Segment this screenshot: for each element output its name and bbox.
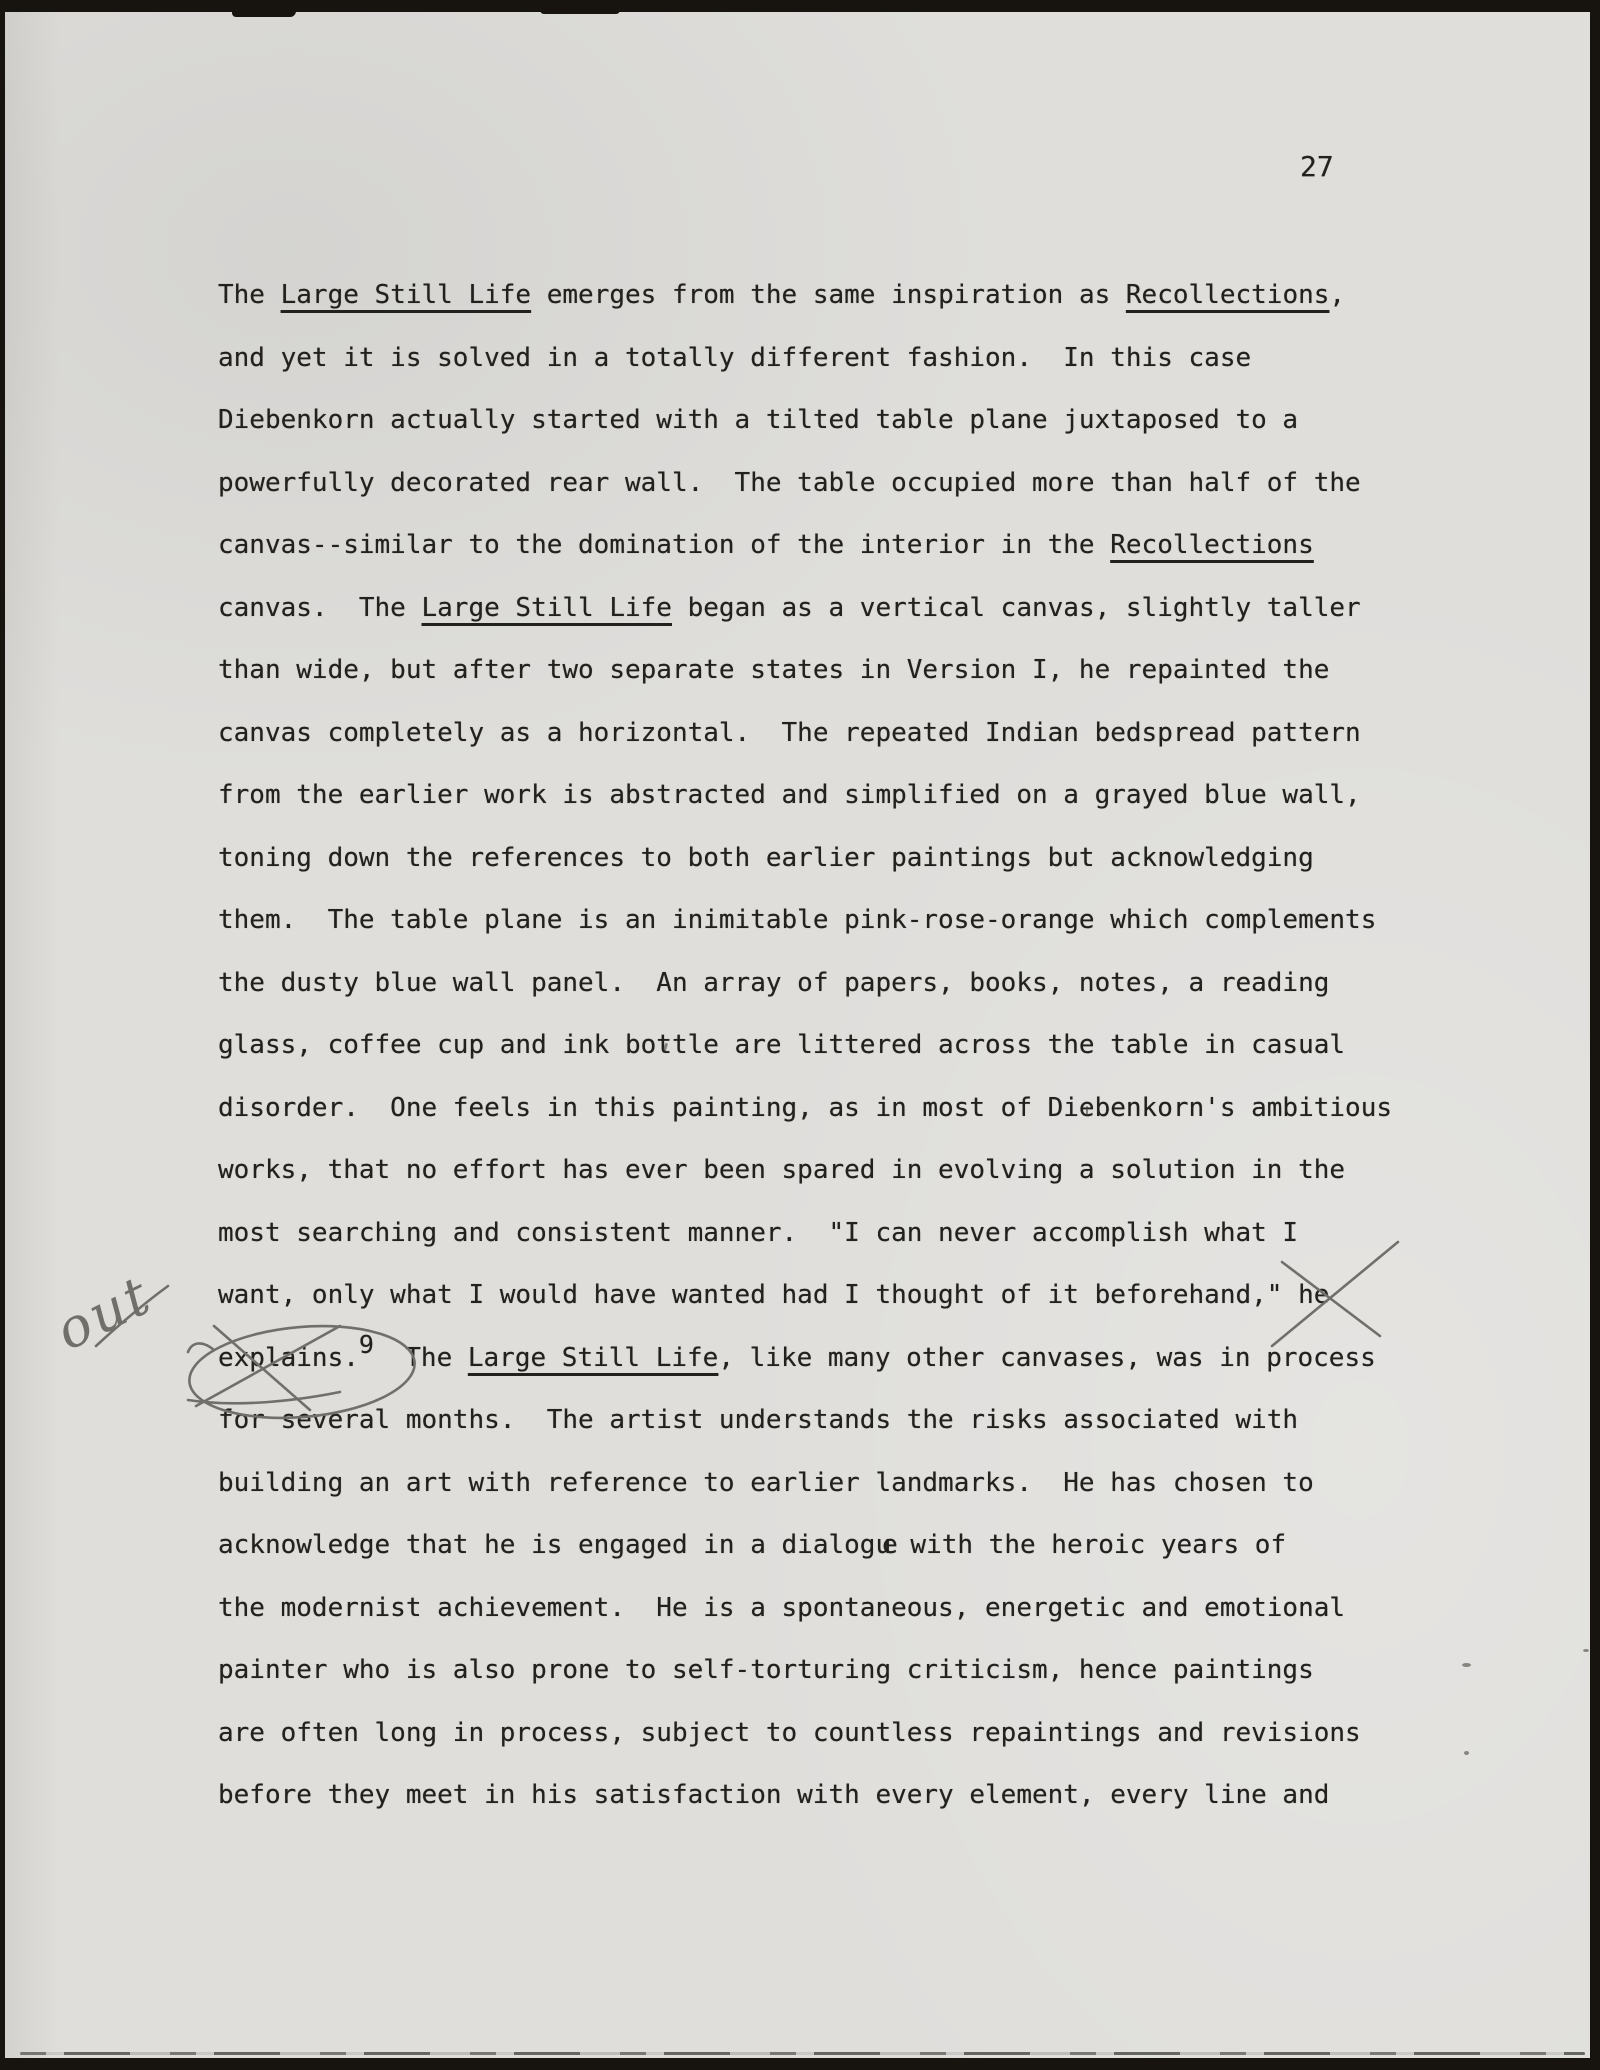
text-line: disorder. One feels in this painting, as… — [218, 1077, 1392, 1140]
text-line: toning down the references to both earli… — [218, 827, 1392, 890]
text-line: the modernist achievement. He is a spont… — [218, 1577, 1392, 1640]
text-line: canvas. The Large Still Life began as a … — [218, 577, 1392, 640]
text-line: works, that no effort has ever been spar… — [218, 1139, 1392, 1202]
margin-note-out: out — [46, 1263, 162, 1363]
scan-border-notch — [540, 0, 620, 14]
text-line: from the earlier work is abstracted and … — [218, 764, 1392, 827]
text-line: them. The table plane is an inimitable p… — [218, 889, 1392, 952]
scan-border-notch — [232, 0, 296, 17]
scan-border-bottom — [0, 2058, 1600, 2070]
text-line: powerfully decorated rear wall. The tabl… — [218, 452, 1392, 515]
text-line: Diebenkorn actually started with a tilte… — [218, 389, 1392, 452]
scanned-page: 27 The Large Still Life emerges from the… — [0, 0, 1600, 2070]
text-line: want, only what I would have wanted had … — [218, 1264, 1392, 1327]
text-line: than wide, but after two separate states… — [218, 639, 1392, 702]
text-line: and yet it is solved in a totally differ… — [218, 327, 1392, 390]
text-line: most searching and consistent manner. "I… — [218, 1202, 1392, 1265]
scan-border-left — [0, 0, 5, 2070]
text-line: explains.9 The Large Still Life, like ma… — [218, 1327, 1392, 1390]
text-line: acknowledge that he is engaged in a dial… — [218, 1514, 1392, 1577]
scan-border-right — [1590, 0, 1600, 2070]
page-number: 27 — [1300, 150, 1334, 183]
text-line: The Large Still Life emerges from the sa… — [218, 264, 1392, 327]
scan-speck — [1086, 1106, 1088, 1116]
scan-speck — [1462, 1663, 1471, 1667]
text-line: the dusty blue wall panel. An array of p… — [218, 952, 1392, 1015]
text-line: glass, coffee cup and ink bottle are lit… — [218, 1014, 1392, 1077]
scan-speck — [1464, 1751, 1469, 1755]
text-line: before they meet in his satisfaction wit… — [218, 1764, 1392, 1827]
text-line: are often long in process, subject to co… — [218, 1702, 1392, 1765]
text-line: for several months. The artist understan… — [218, 1389, 1392, 1452]
text-line: canvas--similar to the domination of the… — [218, 514, 1392, 577]
typescript-text: The Large Still Life emerges from the sa… — [218, 264, 1392, 1827]
scan-speck — [1583, 1649, 1589, 1652]
scan-artifact-line — [20, 2052, 1585, 2055]
text-line: painter who is also prone to self-tortur… — [218, 1639, 1392, 1702]
text-line: building an art with reference to earlie… — [218, 1452, 1392, 1515]
text-line: canvas completely as a horizontal. The r… — [218, 702, 1392, 765]
